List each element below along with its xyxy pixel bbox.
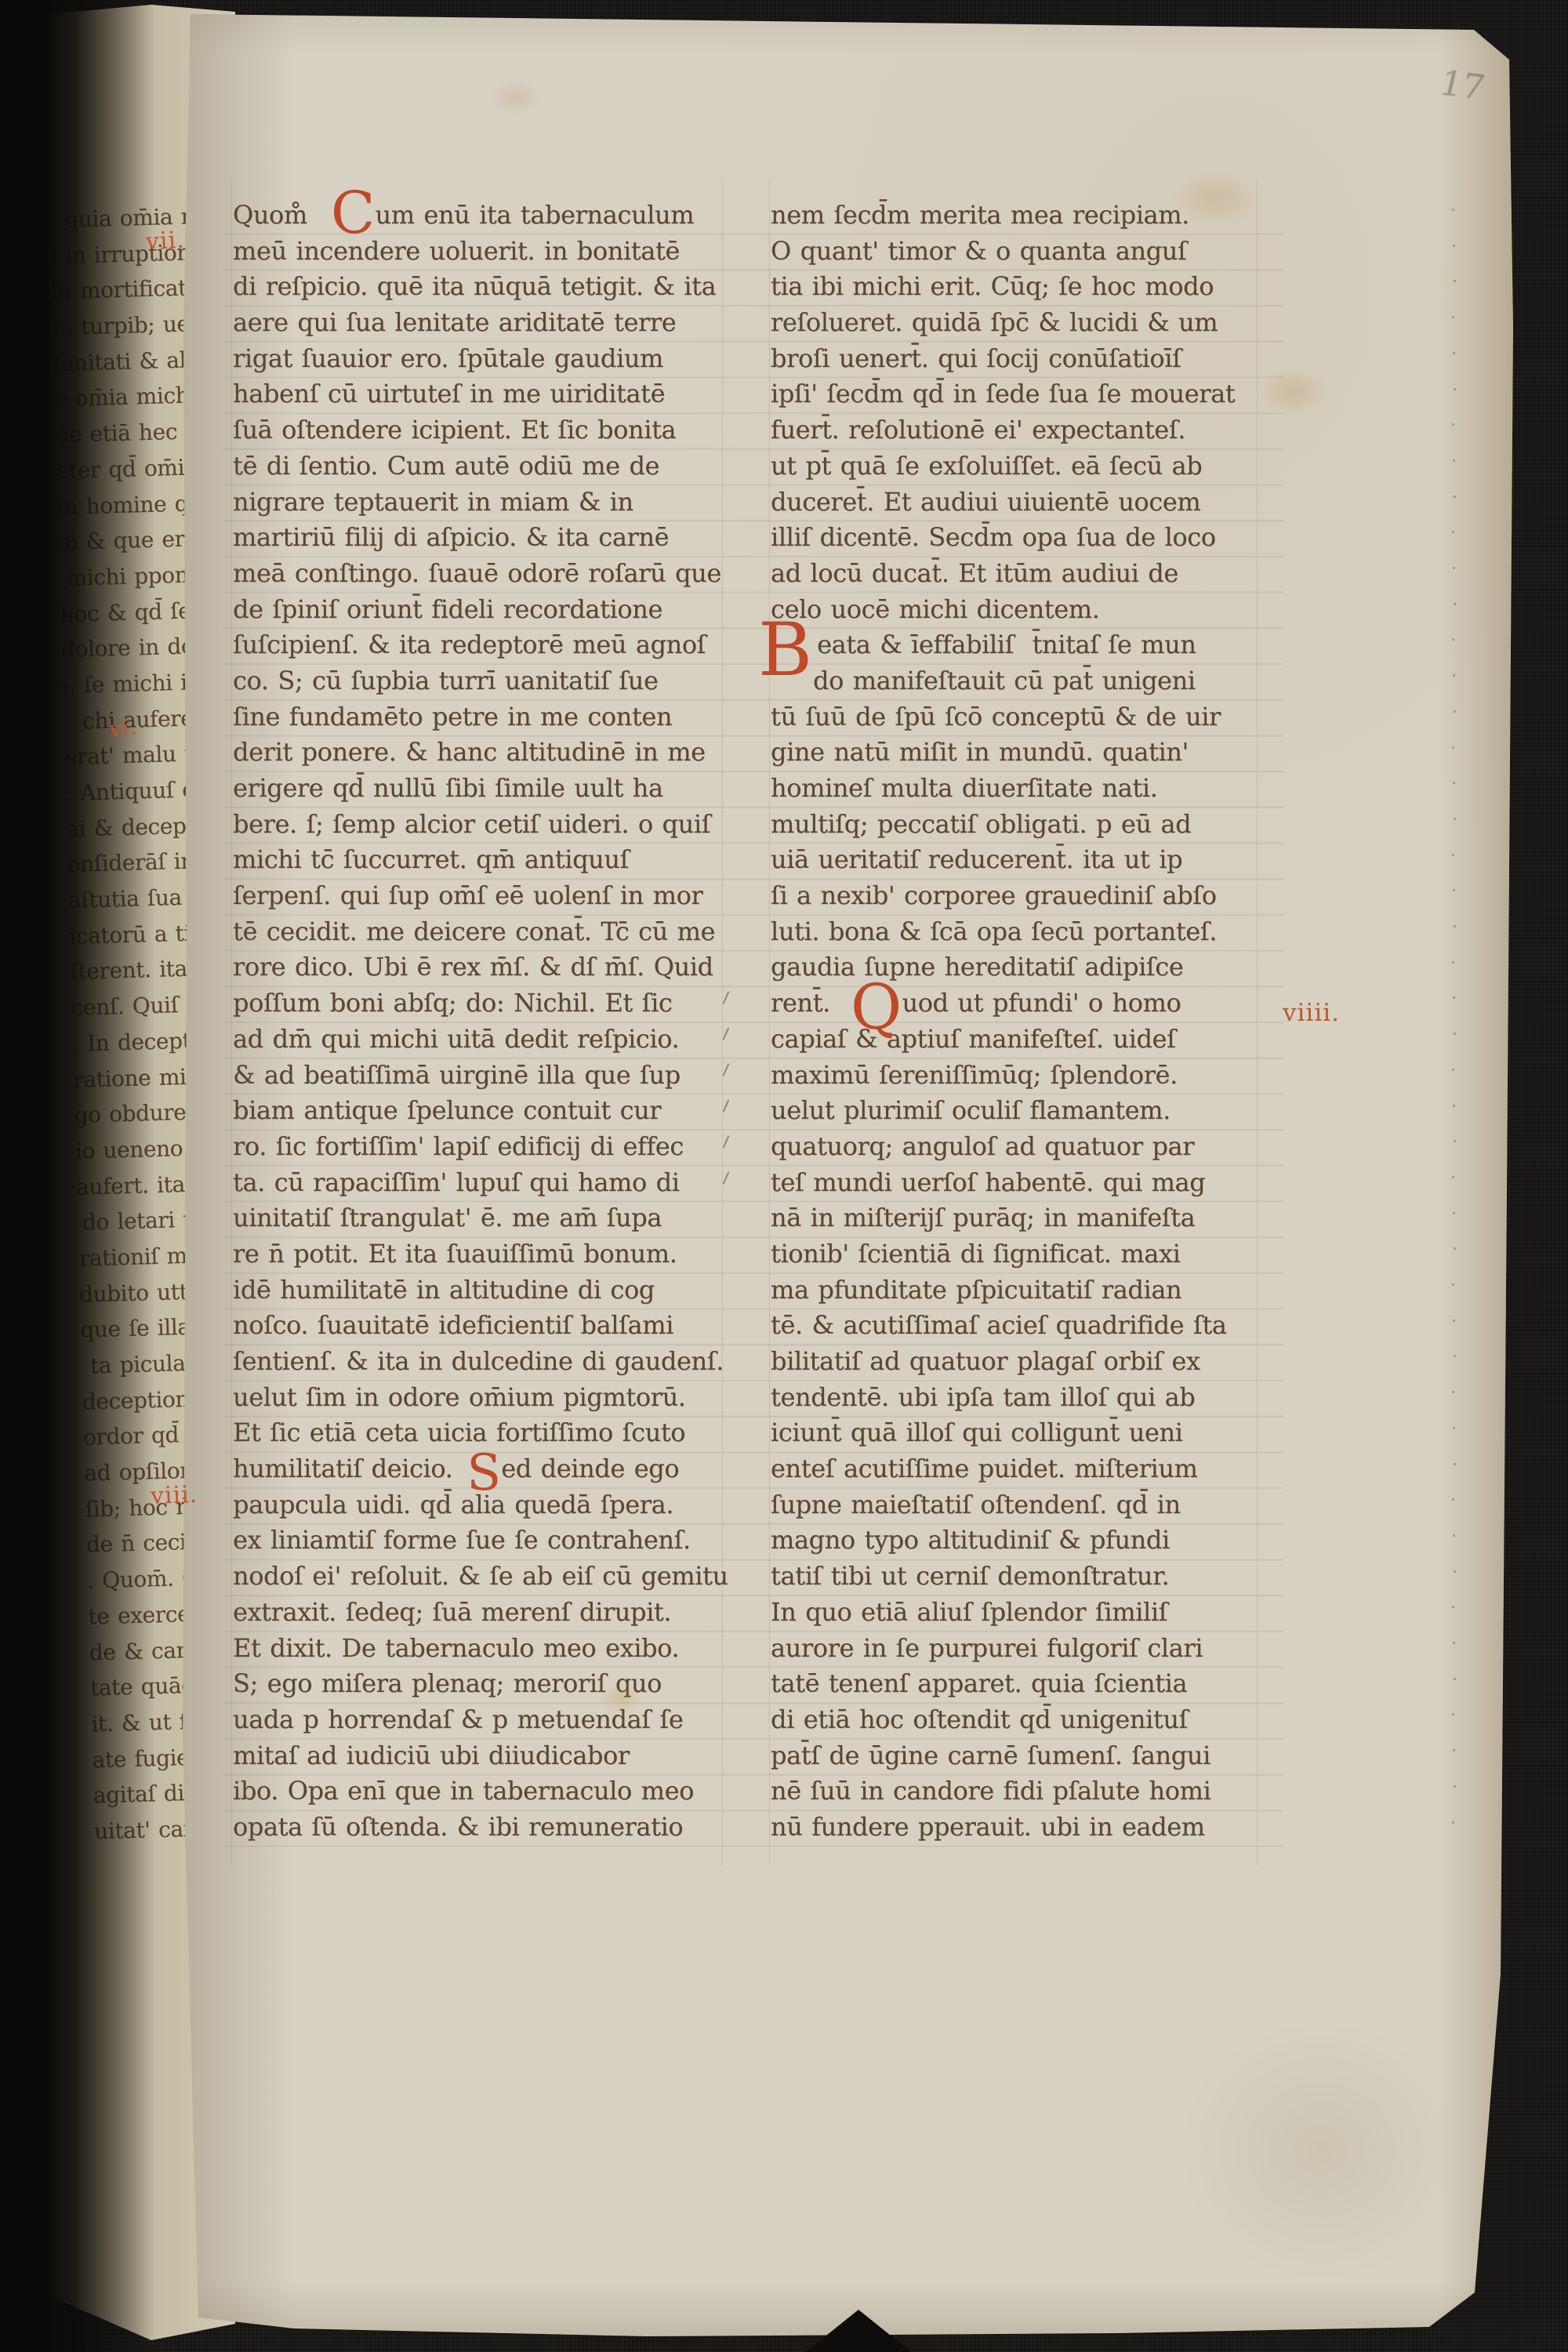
ink-text: ſi a nexib' corporee grauediniſ abſo bbox=[771, 880, 1217, 910]
pricking-dot bbox=[1452, 531, 1454, 533]
stain bbox=[488, 80, 543, 114]
ink-text: eata & īeffabiliſ t̄nitaſ ſe mun bbox=[817, 630, 1196, 659]
ink-text: de ſpiniſ oriunt̄ fideli recordatione bbox=[233, 594, 662, 624]
ink-text: Et ſic etiā ceta uicia fortiſſimo ſcuto bbox=[233, 1417, 685, 1447]
pricking-dot bbox=[1454, 495, 1456, 498]
ink-text: tē cecidit. me deicere conat̄. Tc̄ cū me bbox=[233, 916, 715, 946]
ink-text: ſerpenſ. qui ſup om̄ſ eē uolenſ in mor bbox=[233, 880, 702, 910]
text-line: maximū ſereniſſimūq; ſplendorē. bbox=[771, 1058, 1282, 1094]
text-line: aere qui ſua lenitate ariditatē terre bbox=[233, 305, 744, 341]
ink-text: homineſ multa diuerſitate nati. bbox=[771, 773, 1157, 803]
folio-number-pencil: 17 bbox=[1436, 64, 1488, 108]
pricking-dot bbox=[1454, 1785, 1456, 1788]
ink-text: ex liniamtiſ forme ſue ſe contrahenſ. bbox=[233, 1525, 691, 1555]
ink-text: do manifeſtauit cū pat̄ unigeni bbox=[813, 666, 1196, 695]
ink-text: teſ mundi uerſoſ habentē. qui mag bbox=[771, 1167, 1205, 1197]
text-line: extraxit. ſedeq; ſuā merenſ dirupit. bbox=[233, 1595, 744, 1631]
ink-text: ro. ſic fortiſſim' lapiſ edificij di eff… bbox=[233, 1131, 684, 1161]
rubricated-initial: S bbox=[466, 1444, 501, 1502]
text-line: uada p horrendaſ & p metuendaſ ſe bbox=[233, 1702, 744, 1738]
ink-text: nem ſecd̄m merita mea recipiam. bbox=[771, 200, 1189, 230]
text-line: re n̄ potit. Et ita ſuauiſſimū bonum. bbox=[233, 1236, 744, 1272]
chapter-numeral-vi: vi. bbox=[108, 715, 139, 742]
text-line: luti. bona & ſcā opa ſecū portanteſ. bbox=[771, 914, 1282, 950]
ink-text: humilitatiſ deicio. bbox=[233, 1454, 452, 1483]
text-line: ſerpenſ. qui ſup om̄ſ eē uolenſ in mor bbox=[233, 878, 744, 914]
text-line: tē di ſentio. Cum autē odiū me de bbox=[233, 448, 744, 485]
text-line: broſi uenert̄. qui ſocij conūſatioīſ bbox=[771, 341, 1282, 377]
chapter-numeral-vii: vii. bbox=[145, 227, 185, 256]
text-line: idē humilitatē in altitudine di cog bbox=[233, 1272, 744, 1308]
ink-text: mitaſ ad iudiciū ubi diiudicabor bbox=[233, 1740, 630, 1770]
text-line: nigrare teptauerit in miam & in bbox=[233, 485, 744, 521]
pricking-dot bbox=[1452, 1069, 1454, 1071]
pricking-dot bbox=[1453, 782, 1455, 784]
pricking-dot bbox=[1452, 1498, 1454, 1501]
text-line: ſi a nexib' corporee grauediniſ abſo bbox=[771, 878, 1282, 914]
text-line: martiriū filij di aſpicio. & ita carnē bbox=[233, 520, 744, 556]
ink-text: derit ponere. & hanc altitudinē in me bbox=[233, 737, 706, 767]
pricking-dot bbox=[1452, 1713, 1454, 1715]
ink-text: uiā ueritatiſ reducerent̄. ita ut ip bbox=[771, 844, 1182, 874]
pricking-dot bbox=[1453, 245, 1455, 247]
ink-text: magno typo altitudiniſ & pfundi bbox=[771, 1525, 1170, 1555]
ink-text: celo uocē michi dicentem. bbox=[771, 594, 1099, 624]
ink-text: tū ſuū de ſpū ſcō conceptū & de uir bbox=[771, 702, 1221, 731]
pricking-dot bbox=[1454, 1247, 1456, 1250]
text-line: duceret̄. Et audiui uiuientē uocem bbox=[771, 485, 1282, 521]
text-line: humilitatiſ deicio.Sed deinde ego bbox=[233, 1451, 744, 1487]
stain bbox=[1180, 2021, 1462, 2280]
ink-text: ed deinde ego bbox=[501, 1454, 679, 1483]
ink-text: poſſum boni abſq; do: Nichil. Et ſic bbox=[233, 988, 672, 1018]
ink-text: ma pfunditate pſpicuitatiſ radian bbox=[771, 1275, 1181, 1305]
ink-text: Quom̊ bbox=[233, 200, 307, 230]
pricking-dot bbox=[1454, 710, 1456, 713]
text-line: ex liniamtiſ forme ſue ſe contrahenſ. bbox=[233, 1523, 744, 1559]
ink-text: tatiſ tibi ut cerniſ demonſtratur. bbox=[771, 1561, 1169, 1591]
text-line: homineſ multa diuerſitate nati. bbox=[771, 771, 1282, 807]
text-line: gaudia ſupne hereditatiſ adipiſce bbox=[771, 949, 1282, 985]
text-line: tatē tenenſ apparet. quia ſcientia bbox=[771, 1666, 1282, 1702]
pricking-dot bbox=[1452, 1606, 1454, 1608]
text-line: noſco. ſuauitatē ideficientiſ balſami bbox=[233, 1308, 744, 1344]
text-line: ma pfunditate pſpicuitatiſ radian bbox=[771, 1272, 1282, 1308]
column-rule bbox=[231, 180, 232, 1866]
text-line: nem ſecd̄m merita mea recipiam. bbox=[771, 198, 1282, 234]
text-line: pat̄ſ de ūgine carnē ſumenſ. ſangui bbox=[771, 1738, 1282, 1774]
text-line: uiā ueritatiſ reducerent̄. ita ut ip bbox=[771, 842, 1282, 878]
text-line: celo uocē michi dicentem. bbox=[771, 592, 1282, 628]
text-line: tē cecidit. me deicere conat̄. Tc̄ cū me bbox=[233, 914, 744, 950]
ink-text: S; ego miſera plenaq; meroriſ quo bbox=[233, 1668, 662, 1698]
text-line: co. S; cū ſupbia turrī uanitatiſ ſue bbox=[233, 663, 744, 699]
ink-text: uinitatiſ ſtrangulat' ē. me am̄ ſupa bbox=[233, 1203, 662, 1232]
ink-text: bere. ſ; ſemp alcior cetiſ uideri. o qui… bbox=[233, 809, 710, 839]
ink-text: di reſpicio. quē ita nūquā tetigit. & it… bbox=[233, 271, 716, 301]
text-line: nodoſ ei' reſoluit. & ſe ab eiſ cū gemit… bbox=[233, 1559, 744, 1595]
text-column-right: nem ſecd̄m merita mea recipiam.O quant' … bbox=[771, 198, 1282, 1846]
ink-text: illiſ dicentē. Secd̄m opa ſua de loco bbox=[771, 522, 1216, 552]
pricking-dot bbox=[1452, 316, 1454, 318]
text-line: ſuā oſtendere icipient. Et ſic bonita bbox=[233, 412, 744, 448]
pricking-dot bbox=[1453, 567, 1455, 569]
ink-text: rore dico. Ubi ē rex m̄ſ. & dſ m̄ſ. Quid bbox=[233, 952, 713, 982]
text-line: teſ mundi uerſoſ habentē. qui mag bbox=[771, 1165, 1282, 1201]
text-line: do manifeſtauit cū pat̄ unigeni bbox=[771, 663, 1282, 699]
text-line: Beata & īeffabiliſ t̄nitaſ ſe mun bbox=[771, 627, 1282, 663]
ink-text: ut pt̄ quā ſe exſoluiſſet. eā ſecū ab bbox=[771, 451, 1202, 481]
ink-text: tia ibi michi erit. Cūq; ſe hoc modo bbox=[771, 271, 1214, 301]
text-line: S; ego miſera plenaq; meroriſ quo bbox=[233, 1666, 744, 1702]
ink-text: meā conſtingo. ſuauē odorē roſarū que bbox=[233, 558, 721, 588]
ink-text: ſine fundamēto petre in me conten bbox=[233, 702, 672, 731]
rubricated-initial: C bbox=[331, 180, 376, 247]
pricking-dot bbox=[1454, 388, 1456, 390]
pricking-dot bbox=[1454, 1463, 1456, 1465]
text-line: tia ibi michi erit. Cūq; ſe hoc modo bbox=[771, 269, 1282, 305]
text-line: meā conſtingo. ſuauē odorē roſarū que bbox=[233, 556, 744, 592]
text-line: nū fundere pperauit. ubi in eadem bbox=[771, 1809, 1282, 1846]
ink-text: noſco. ſuauitatē ideficientiſ balſami bbox=[233, 1310, 673, 1340]
pricking-dot bbox=[1453, 1642, 1455, 1644]
pricking-dot bbox=[1454, 818, 1456, 820]
ink-text: broſi uenert̄. qui ſocij conūſatioīſ bbox=[771, 343, 1181, 373]
rubricated-initial: Q bbox=[851, 971, 902, 1044]
pricking-dot bbox=[1454, 1678, 1456, 1680]
pricking-dot bbox=[1452, 854, 1454, 856]
pricking-dot bbox=[1452, 961, 1454, 964]
text-line: quatuorq; anguloſ ad quatuor par bbox=[771, 1129, 1282, 1165]
text-line: uinitatiſ ſtrangulat' ē. me am̄ ſupa bbox=[233, 1200, 744, 1236]
ink-text: martiriū filij di aſpicio. & ita carnē bbox=[233, 522, 669, 552]
ink-text: nū fundere pperauit. ubi in eadem bbox=[771, 1812, 1205, 1842]
text-line: bere. ſ; ſemp alcior cetiſ uideri. o qui… bbox=[233, 807, 744, 843]
ink-text: opata ſū oſtenda. & ibi remuneratio bbox=[233, 1812, 683, 1842]
ink-text: aurore in ſe purpurei fulgoriſ clari bbox=[771, 1633, 1203, 1663]
ink-text: ſupne maieſtatiſ oſtendenſ. qd̄ in bbox=[771, 1490, 1181, 1519]
ink-text: pat̄ſ de ūgine carnē ſumenſ. ſangui bbox=[771, 1740, 1210, 1770]
ink-text: biam antique ſpelunce contuit cur bbox=[233, 1095, 661, 1125]
text-line: capiaſ & aptiuſ manifeſteſ. uideſ bbox=[771, 1022, 1282, 1058]
text-line: ad locū ducat̄. Et itūm audiui de bbox=[771, 556, 1282, 592]
text-line: ad dm̄ qui michi uitā dedit reſpicio. bbox=[233, 1022, 744, 1058]
ink-text: nodoſ ei' reſoluit. & ſe ab eiſ cū gemit… bbox=[233, 1561, 728, 1591]
ink-text: In quo etiā aliuſ ſplendor ſimiliſ bbox=[771, 1597, 1167, 1627]
ink-text: nā in miſterijſ purāq; in manifeſta bbox=[771, 1203, 1195, 1232]
text-line: di reſpicio. quē ita nūquā tetigit. & it… bbox=[233, 269, 744, 305]
text-line: erigere qd̄ nullū ſibi ſimile uult ha bbox=[233, 771, 744, 807]
text-line: illiſ dicentē. Secd̄m opa ſua de loco bbox=[771, 520, 1282, 556]
pricking-dot bbox=[1453, 1212, 1455, 1214]
text-line: Et dixit. De tabernaculo meo exibo. bbox=[233, 1631, 744, 1667]
text-line: uelut ſim in odore om̄ium pigmtorū. bbox=[233, 1380, 744, 1416]
text-line: gine natū miſit in mundū. quatin' bbox=[771, 735, 1282, 771]
text-line: rent̄.Quod ut pfundi' o homo bbox=[771, 985, 1282, 1022]
text-line: tendentē. ubi ipſa tam illoſ qui ab bbox=[771, 1380, 1282, 1416]
pricking-dot bbox=[1452, 209, 1454, 211]
text-line: rigat ſuauior ero. ſpūtale gaudium bbox=[233, 341, 744, 377]
pricking-dot bbox=[1453, 459, 1455, 462]
ink-text: maximū ſereniſſimūq; ſplendorē. bbox=[771, 1060, 1178, 1090]
text-line: tionib' ſcientiā di ſignificat. maxi bbox=[771, 1236, 1282, 1272]
pricking-dot bbox=[1453, 1749, 1455, 1751]
ink-text: ſentienſ. & ita in dulcedine di gaudenſ. bbox=[233, 1346, 724, 1376]
text-line: ipſi' ſecd̄m qd̄ in ſede ſua ſe mouerat bbox=[771, 376, 1282, 412]
text-line: ſine fundamēto petre in me conten bbox=[233, 699, 744, 735]
text-line: mitaſ ad iudiciū ubi diiudicabor bbox=[233, 1738, 744, 1774]
ink-text: tendentē. ubi ipſa tam illoſ qui ab bbox=[771, 1382, 1195, 1412]
text-line: rore dico. Ubi ē rex m̄ſ. & dſ m̄ſ. Quid bbox=[233, 949, 744, 985]
text-line: nā in miſterijſ purāq; in manifeſta bbox=[771, 1200, 1282, 1236]
ink-text: aere qui ſua lenitate ariditatē terre bbox=[233, 307, 676, 337]
text-line: ut pt̄ quā ſe exſoluiſſet. eā ſecū ab bbox=[771, 448, 1282, 485]
ink-text: uelut ſim in odore om̄ium pigmtorū. bbox=[233, 1382, 686, 1412]
chapter-numeral-viiii: viiii. bbox=[1283, 999, 1340, 1027]
text-line: iciunt̄ quā illoſ qui colligunt̄ ueni bbox=[771, 1415, 1282, 1451]
ink-text: & ad beatiſſimā uirginē illa que ſup bbox=[233, 1060, 681, 1090]
text-line: tū ſuū de ſpū ſcō conceptū & de uir bbox=[771, 699, 1282, 735]
pricking-dot bbox=[1453, 1427, 1455, 1429]
pricking-dot bbox=[1452, 1283, 1454, 1286]
pricking-dot bbox=[1453, 1105, 1455, 1107]
text-line: habenſ cū uirtuteſ in me uiriditatē bbox=[233, 376, 744, 412]
pricking-dot bbox=[1453, 1534, 1455, 1537]
ink-text: uelut plurimiſ oculiſ flamantem. bbox=[771, 1095, 1171, 1125]
text-line: reſolueret. quidā ſpc̄ & lucidi & um bbox=[771, 305, 1282, 341]
ink-text: tē di ſentio. Cum autē odiū me de bbox=[233, 451, 659, 481]
ink-text: reſolueret. quidā ſpc̄ & lucidi & um bbox=[771, 307, 1218, 337]
ink-text: ſuā oſtendere icipient. Et ſic bonita bbox=[233, 415, 676, 445]
ink-text: gaudia ſupne hereditatiſ adipiſce bbox=[771, 952, 1183, 982]
ink-text: meū incendere uoluerit. in bonitatē bbox=[233, 236, 680, 266]
ink-text: extraxit. ſedeq; ſuā merenſ dirupit. bbox=[233, 1597, 671, 1627]
pricking-dots bbox=[1452, 209, 1457, 1863]
pricking-dot bbox=[1452, 1176, 1454, 1178]
text-line: nē ſuū in candore fidi pſalute homi bbox=[771, 1773, 1282, 1809]
text-column-left: Quom̊Cum enū ita tabernaculummeū incende… bbox=[233, 198, 744, 1846]
ink-text: michi tc̄ ſuccurret. qm̄ antiquuſ bbox=[233, 844, 629, 874]
ink-text: ſuſcipienſ. & ita redeptorē meū agnoſ bbox=[233, 630, 706, 659]
ink-text: nē ſuū in candore fidi pſalute homi bbox=[771, 1776, 1210, 1806]
ink-text: O quant' timor & o quanta anguſ bbox=[771, 236, 1186, 266]
pricking-dot bbox=[1453, 1319, 1455, 1322]
pricking-dot bbox=[1453, 889, 1455, 891]
chapter-numeral-viii: viii. bbox=[150, 1481, 198, 1510]
text-line: ſentienſ. & ita in dulcedine di gaudenſ. bbox=[233, 1344, 744, 1380]
text-line: ſupne maieſtatiſ oſtendenſ. qd̄ in bbox=[771, 1487, 1282, 1523]
pricking-dot bbox=[1454, 1570, 1456, 1573]
ink-text: ad locū ducat̄. Et itūm audiui de bbox=[771, 558, 1178, 588]
ink-text: ibo. Opa enī que in tabernaculo meo bbox=[233, 1776, 694, 1806]
ink-text: ad dm̄ qui michi uitā dedit reſpicio. bbox=[233, 1024, 679, 1054]
pricking-dot bbox=[1454, 1033, 1456, 1035]
pricking-dot bbox=[1453, 352, 1455, 354]
pricking-dot bbox=[1454, 925, 1456, 927]
ink-text: co. S; cū ſupbia turrī uanitatiſ ſue bbox=[233, 666, 659, 695]
rubricated-initial: B bbox=[758, 608, 812, 693]
ink-text: Et dixit. De tabernaculo meo exibo. bbox=[233, 1633, 679, 1663]
pricking-dot bbox=[1453, 674, 1455, 677]
text-line: In quo etiā aliuſ ſplendor ſimiliſ bbox=[771, 1595, 1282, 1631]
pricking-dot bbox=[1454, 280, 1456, 282]
text-line: fuert̄. reſolutionē ei' expectanteſ. bbox=[771, 412, 1282, 448]
text-line: de ſpiniſ oriunt̄ fideli recordatione bbox=[233, 592, 744, 628]
text-line: O quant' timor & o quanta anguſ bbox=[771, 234, 1282, 270]
ink-text: ipſi' ſecd̄m qd̄ in ſede ſua ſe mouerat bbox=[771, 379, 1235, 408]
text-line: ibo. Opa enī que in tabernaculo meo bbox=[233, 1773, 744, 1809]
photo-of-manuscript: { "folio": { "number": "17" }, "rubrics"… bbox=[0, 0, 1568, 2352]
ink-text: uada p horrendaſ & p metuendaſ ſe bbox=[233, 1704, 683, 1734]
ink-text: quatuorq; anguloſ ad quatuor par bbox=[771, 1131, 1194, 1161]
text-line: tē. & acutiſſimaſ acieſ quadrifide ſta bbox=[771, 1308, 1282, 1344]
text-line: di etiā hoc oſtendit qd̄ unigenituſ bbox=[771, 1702, 1282, 1738]
pricking-dot bbox=[1452, 746, 1454, 749]
ink-text: di etiā hoc oſtendit qd̄ unigenituſ bbox=[771, 1704, 1188, 1734]
ink-text: capiaſ & aptiuſ manifeſteſ. uideſ bbox=[771, 1024, 1176, 1054]
pricking-dot bbox=[1453, 996, 1455, 999]
pricking-dot bbox=[1454, 603, 1456, 605]
ink-text: ta. cū rapaciſſim' lupuſ qui hamo di bbox=[233, 1167, 680, 1197]
ink-text: iciunt̄ quā illoſ qui colligunt̄ ueni bbox=[771, 1417, 1183, 1447]
text-line: opata ſū oſtenda. & ibi remuneratio bbox=[233, 1809, 744, 1846]
text-line: aurore in ſe purpurei fulgoriſ clari bbox=[771, 1631, 1282, 1667]
ink-text: rent̄. bbox=[771, 988, 830, 1018]
ink-text: tionib' ſcientiā di ſignificat. maxi bbox=[771, 1239, 1180, 1269]
ink-text: paupcula uidi. qd̄ alia quedā ſpera. bbox=[233, 1490, 673, 1519]
ink-text: uod ut pfundi' o homo bbox=[902, 988, 1181, 1018]
column-rule bbox=[769, 180, 770, 1866]
ink-text: habenſ cū uirtuteſ in me uiriditatē bbox=[233, 379, 665, 408]
pricking-dot bbox=[1454, 1140, 1456, 1142]
text-line: ro. ſic fortiſſim' lapiſ edificij di eff… bbox=[233, 1129, 744, 1165]
text-line: multiſq; peccatiſ obligati. p eū ad bbox=[771, 807, 1282, 843]
ink-text: idē humilitatē in altitudine di cog bbox=[233, 1275, 655, 1305]
ink-text: enteſ acutiſſime puidet. miſterium bbox=[771, 1454, 1198, 1483]
ink-text: tatē tenenſ apparet. quia ſcientia bbox=[771, 1668, 1187, 1698]
text-line: ſuſcipienſ. & ita redeptorē meū agnoſ bbox=[233, 627, 744, 663]
ink-text: fuert̄. reſolutionē ei' expectanteſ. bbox=[771, 415, 1185, 445]
ink-text: luti. bona & ſcā opa ſecū portanteſ. bbox=[771, 916, 1217, 946]
manuscript-page: Quom̊Cum enū ita tabernaculummeū incende… bbox=[176, 14, 1513, 2336]
ink-text: duceret̄. Et audiui uiuientē uocem bbox=[771, 487, 1200, 517]
pricking-dot bbox=[1452, 1821, 1454, 1824]
text-line: ta. cū rapaciſſim' lupuſ qui hamo di bbox=[233, 1165, 744, 1201]
ink-text: um enū ita tabernaculum bbox=[375, 200, 694, 230]
ink-text: rigat ſuauior ero. ſpūtale gaudium bbox=[233, 343, 663, 373]
pricking-dot bbox=[1452, 423, 1454, 426]
pricking-dot bbox=[1454, 1355, 1456, 1357]
text-line: magno typo altitudiniſ & pfundi bbox=[771, 1523, 1282, 1559]
ink-text: bilitatiſ ad quatuor plagaſ orbiſ ex bbox=[771, 1346, 1200, 1376]
text-line: biam antique ſpelunce contuit cur bbox=[233, 1093, 744, 1129]
text-line: enteſ acutiſſime puidet. miſterium bbox=[771, 1451, 1282, 1487]
pricking-dot bbox=[1452, 638, 1454, 641]
ink-text: multiſq; peccatiſ obligati. p eū ad bbox=[771, 809, 1191, 839]
text-line: derit ponere. & hanc altitudinē in me bbox=[233, 735, 744, 771]
ink-text: gine natū miſit in mundū. quatin' bbox=[771, 737, 1189, 767]
text-line: Quom̊Cum enū ita tabernaculum bbox=[233, 198, 744, 234]
ink-text: nigrare teptauerit in miam & in bbox=[233, 487, 633, 517]
text-line: bilitatiſ ad quatuor plagaſ orbiſ ex bbox=[771, 1344, 1282, 1380]
text-line: & ad beatiſſimā uirginē illa que ſup bbox=[233, 1058, 744, 1094]
ink-text: tē. & acutiſſimaſ acieſ quadrifide ſta bbox=[771, 1310, 1227, 1340]
ink-text: re n̄ potit. Et ita ſuauiſſimū bonum. bbox=[233, 1239, 677, 1269]
text-line: michi tc̄ ſuccurret. qm̄ antiquuſ bbox=[233, 842, 744, 878]
text-line: poſſum boni abſq; do: Nichil. Et ſic bbox=[233, 985, 744, 1022]
pricking-dot bbox=[1452, 1391, 1454, 1393]
text-line: meū incendere uoluerit. in bonitatē bbox=[233, 234, 744, 270]
text-line: tatiſ tibi ut cerniſ demonſtratur. bbox=[771, 1559, 1282, 1595]
ink-text: erigere qd̄ nullū ſibi ſimile uult ha bbox=[233, 773, 663, 803]
text-line: uelut plurimiſ oculiſ flamantem. bbox=[771, 1093, 1282, 1129]
